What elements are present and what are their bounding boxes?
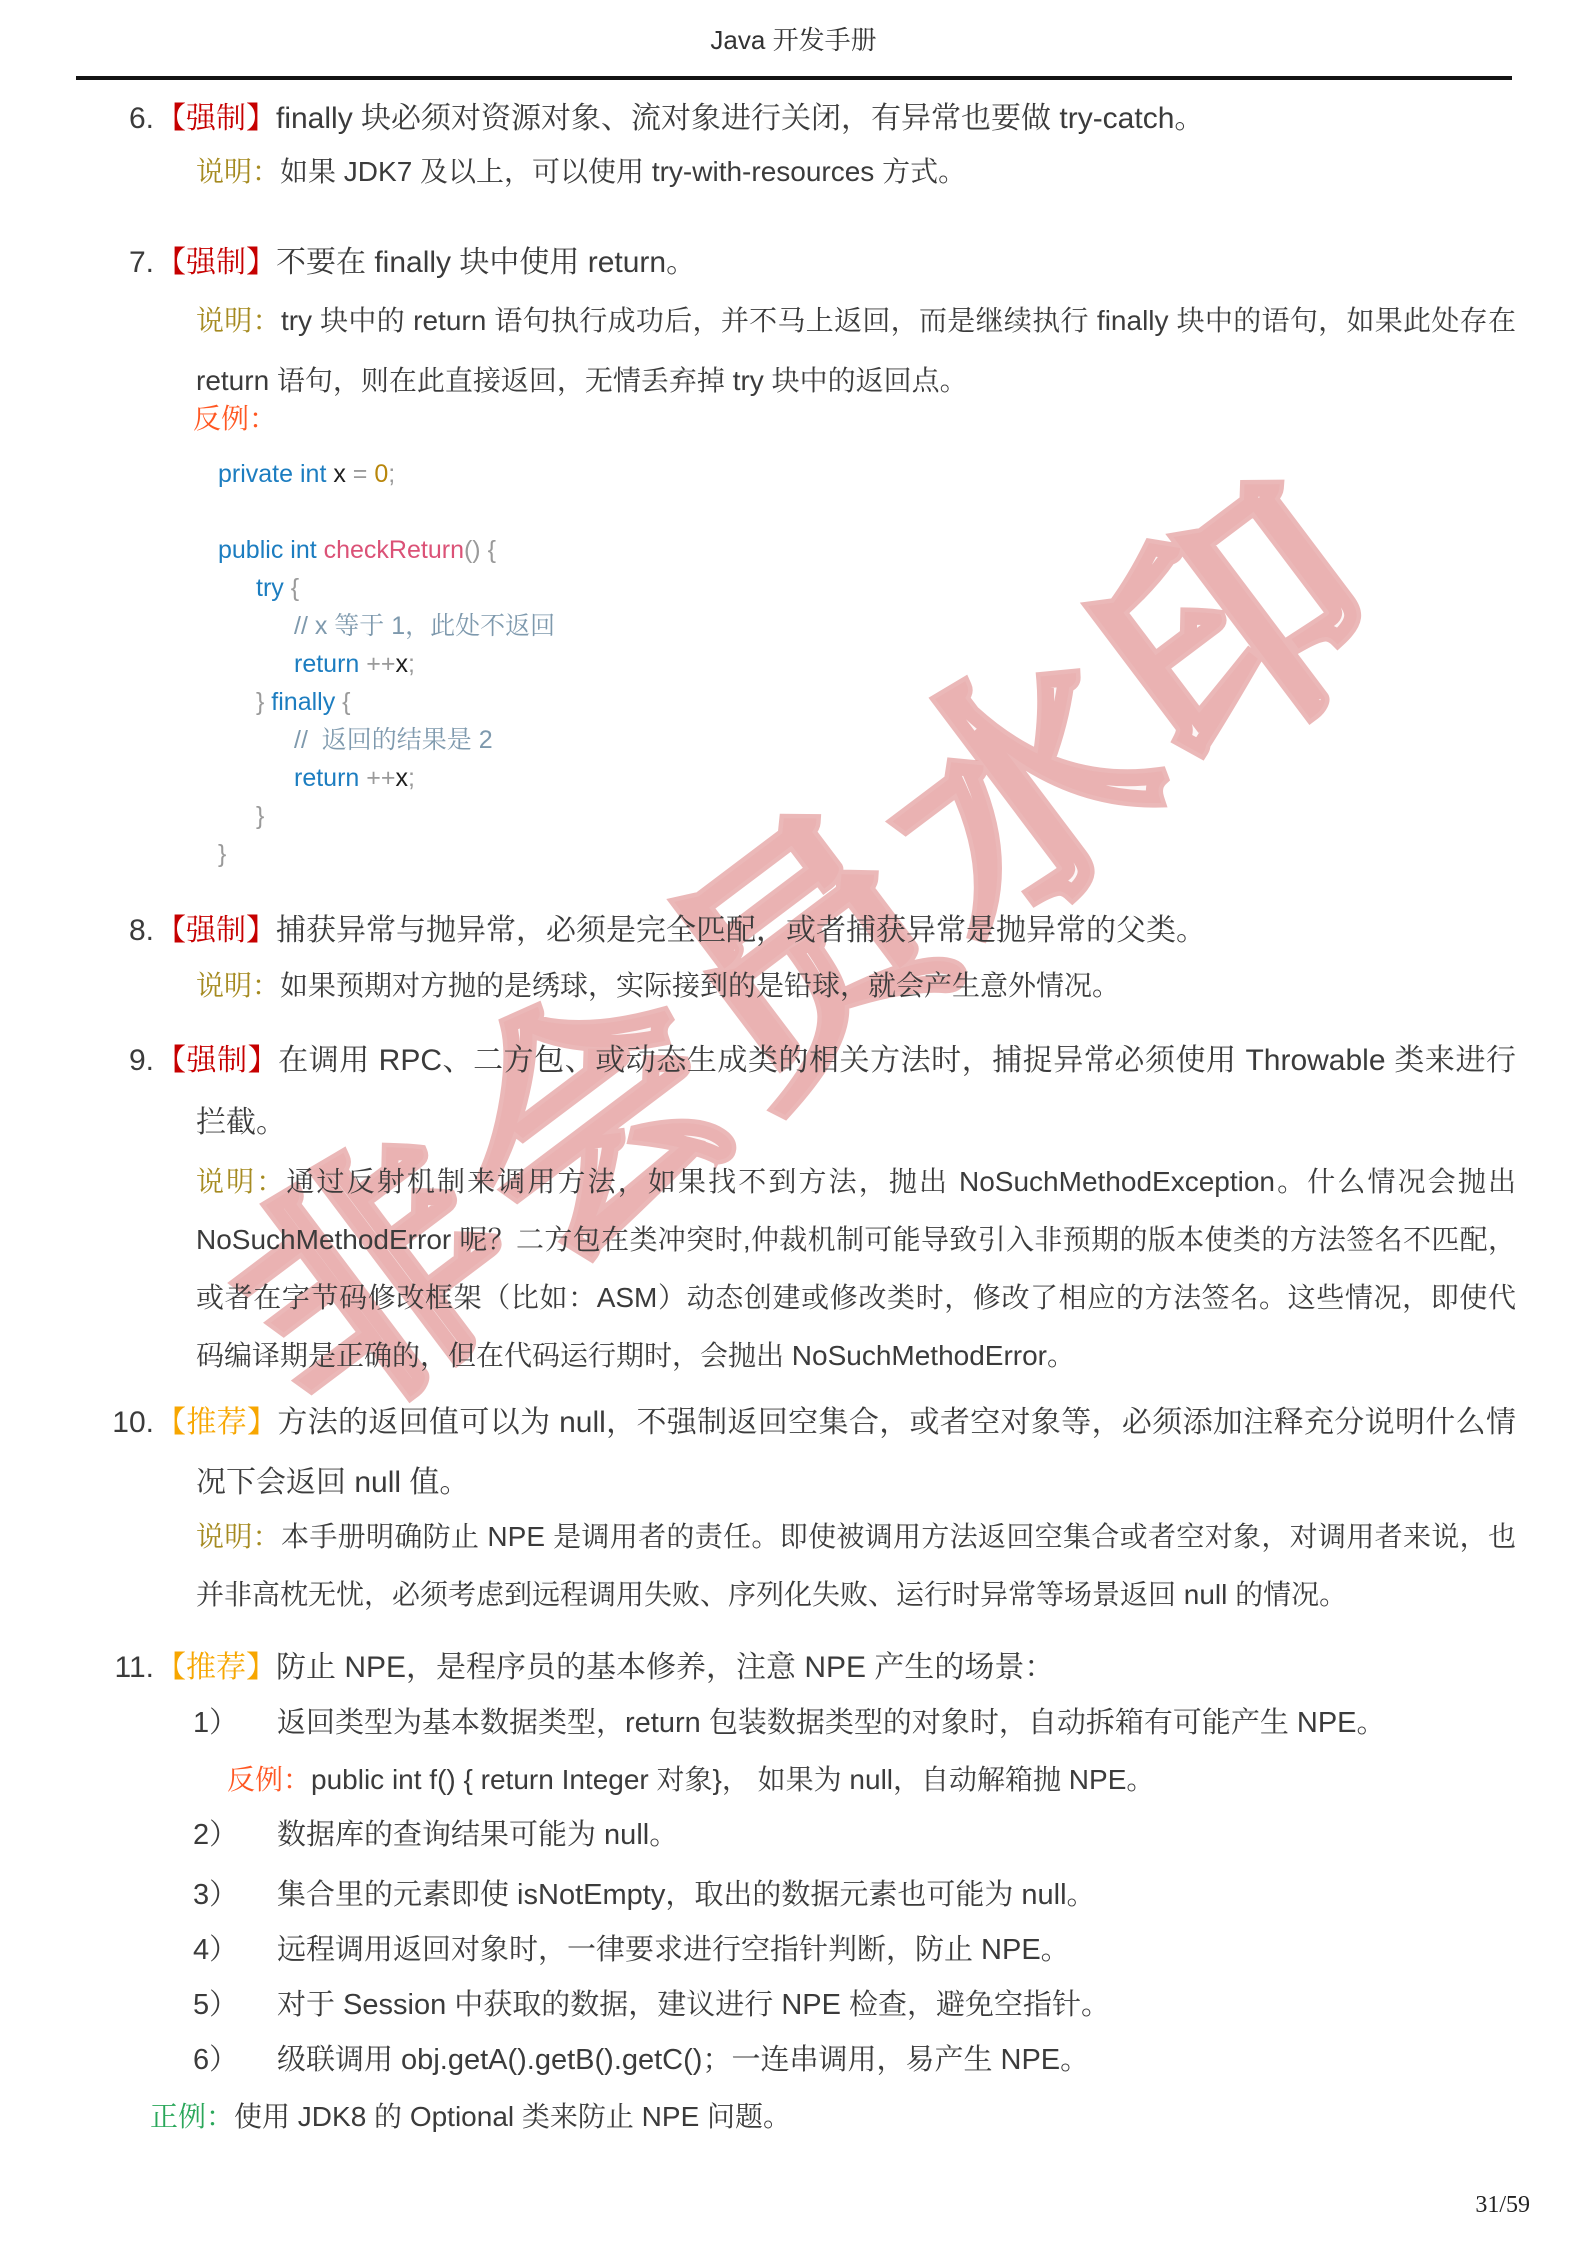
positive-example-text: 使用 JDK8 的 Optional 类来防止 NPE 问题。 [234, 2101, 791, 2132]
item-text: finally 块必须对资源对象、流对象进行关闭，有异常也要做 try-catc… [276, 102, 1204, 135]
severity-tag-mandatory: 【强制】 [156, 102, 276, 135]
item-number: 10. [112, 1393, 154, 1453]
item-number: 7. [129, 232, 154, 294]
code-line: } [218, 797, 1458, 835]
counter-example-label: 反例： [227, 1764, 311, 1795]
rule-item-7: 7.【强制】不要在 finally 块中使用 return。 [196, 232, 1516, 294]
note-item-8: 说明：如果预期对方抛的是绣球，实际接到的是铅球，就会产生意外情况。 [196, 966, 1516, 1006]
rule-item-10: 10.【推荐】方法的返回值可以为 null，不强制返回空集合，或者空对象等，必须… [196, 1393, 1516, 1513]
note-item-7: 说明：try 块中的 return 语句执行成功后，并不马上返回，而是继续执行 … [196, 291, 1516, 411]
sub-item-number: 6） [193, 2032, 277, 2088]
note-item-6: 说明：如果 JDK7 及以上，可以使用 try-with-resources 方… [196, 152, 1516, 192]
code-line [218, 493, 1458, 531]
sub-item-text: 集合里的元素即使 isNotEmpty，取出的数据元素也可能为 null。 [277, 1867, 1096, 1923]
severity-tag-recommend: 【推荐】 [156, 1406, 277, 1439]
sub-item-counter-example: 反例：public int f() { return Integer 对象}， … [227, 1752, 1517, 1808]
sub-item-1: 1）返回类型为基本数据类型，return 包装数据类型的对象时，自动拆箱有可能产… [193, 1695, 1523, 1751]
item-number: 8. [129, 900, 154, 962]
code-line: // 返回的结果是 2 [218, 721, 1458, 759]
page-number: 31/59 [1475, 2192, 1530, 2219]
sub-item-text: 对于 Session 中获取的数据，建议进行 NPE 检查，避免空指针。 [277, 1977, 1110, 2033]
page-content: Java 开发手册 6.【强制】finally 块必须对资源对象、流对象进行关闭… [0, 0, 1587, 2245]
note-text: try 块中的 return 语句执行成功后，并不马上返回，而是继续执行 fin… [196, 305, 1516, 396]
code-line: // x 等于 1，此处不返回 [218, 607, 1458, 645]
severity-tag-mandatory: 【强制】 [156, 914, 276, 947]
sub-item-text: 级联调用 obj.getA().getB().getC()；一连串调用，易产生 … [277, 2032, 1089, 2088]
counter-example-label: 反例： [193, 403, 277, 434]
code-line: } finally { [218, 683, 1458, 721]
sub-item-6: 6）级联调用 obj.getA().getB().getC()；一连串调用，易产… [193, 2032, 1523, 2088]
code-line: return ++x; [218, 645, 1458, 683]
counter-example-label-7: 反例： [193, 399, 1513, 439]
manual-page: 非会员水印 Java 开发手册 6.【强制】finally 块必须对资源对象、流… [0, 0, 1587, 2245]
note-text: 如果预期对方抛的是绣球，实际接到的是铅球，就会产生意外情况。 [280, 970, 1120, 1001]
item-text: 防止 NPE，是程序员的基本修养，注意 NPE 产生的场景： [276, 1651, 1054, 1684]
note-label: 说明： [196, 1521, 281, 1552]
page-header-title: Java 开发手册 [0, 24, 1587, 56]
header-divider [76, 76, 1512, 80]
item-text: 不要在 finally 块中使用 return。 [276, 246, 696, 279]
code-line: } [218, 835, 1458, 873]
severity-tag-recommend: 【推荐】 [156, 1651, 276, 1684]
rule-item-6: 6.【强制】finally 块必须对资源对象、流对象进行关闭，有异常也要做 tr… [196, 88, 1516, 150]
note-label: 说明： [196, 305, 281, 336]
rule-item-9: 9.【强制】在调用 RPC、二方包、或动态生成类的相关方法时，捕捉异常必须使用 … [196, 1030, 1516, 1154]
note-text: 通过反射机制来调用方法，如果找不到方法，抛出 NoSuchMethodExcep… [196, 1166, 1516, 1371]
note-text: 本手册明确防止 NPE 是调用者的责任。即使被调用方法返回空集合或者空对象，对调… [196, 1521, 1516, 1610]
sub-item-text: 远程调用返回对象时，一律要求进行空指针判断，防止 NPE。 [277, 1922, 1070, 1978]
code-line: return ++x; [218, 759, 1458, 797]
sub-item-number: 3） [193, 1867, 277, 1923]
note-label: 说明： [196, 156, 280, 187]
sub-item-4: 4）远程调用返回对象时，一律要求进行空指针判断，防止 NPE。 [193, 1922, 1523, 1978]
rule-item-11: 11.【推荐】防止 NPE，是程序员的基本修养，注意 NPE 产生的场景： [196, 1637, 1516, 1699]
rule-item-8: 8.【强制】捕获异常与抛异常，必须是完全匹配，或者捕获异常是抛异常的父类。 [196, 900, 1516, 962]
sub-item-number: 2） [193, 1807, 277, 1863]
item-text: 方法的返回值可以为 null，不强制返回空集合，或者空对象等，必须添加注释充分说… [196, 1406, 1516, 1499]
severity-tag-mandatory: 【强制】 [156, 1044, 278, 1077]
code-line: private int x = 0; [218, 455, 1458, 493]
sub-item-number: 1） [193, 1695, 277, 1751]
item-number: 11. [115, 1637, 154, 1699]
note-text: 如果 JDK7 及以上，可以使用 try-with-resources 方式。 [280, 156, 966, 187]
sub-item-number: 5） [193, 1977, 277, 2033]
item-text: 在调用 RPC、二方包、或动态生成类的相关方法时，捕捉异常必须使用 Throwa… [196, 1044, 1516, 1139]
item-number: 6. [129, 88, 154, 150]
item-text: 捕获异常与抛异常，必须是完全匹配，或者捕获异常是抛异常的父类。 [276, 914, 1206, 947]
item-number: 9. [129, 1030, 154, 1092]
sub-item-3: 3）集合里的元素即使 isNotEmpty，取出的数据元素也可能为 null。 [193, 1867, 1523, 1923]
sub-item-5: 5）对于 Session 中获取的数据，建议进行 NPE 检查，避免空指针。 [193, 1977, 1523, 2033]
counter-example-code: private int x = 0; public int checkRetur… [218, 455, 1458, 873]
sub-item-text: 返回类型为基本数据类型，return 包装数据类型的对象时，自动拆箱有可能产生 … [277, 1695, 1386, 1751]
note-item-9: 说明：通过反射机制来调用方法，如果找不到方法，抛出 NoSuchMethodEx… [196, 1153, 1516, 1385]
sub-item-number: 4） [193, 1922, 277, 1978]
counter-example-text: public int f() { return Integer 对象}， 如果为… [311, 1764, 1154, 1795]
note-label: 说明： [196, 970, 280, 1001]
note-item-10: 说明：本手册明确防止 NPE 是调用者的责任。即使被调用方法返回空集合或者空对象… [196, 1508, 1516, 1624]
code-line: public int checkReturn() { [218, 531, 1458, 569]
severity-tag-mandatory: 【强制】 [156, 246, 276, 279]
note-label: 说明： [196, 1166, 286, 1197]
sub-item-2: 2）数据库的查询结果可能为 null。 [193, 1807, 1523, 1863]
positive-example-label: 正例： [150, 2101, 234, 2132]
sub-item-text: 数据库的查询结果可能为 null。 [277, 1807, 678, 1863]
positive-example: 正例：使用 JDK8 的 Optional 类来防止 NPE 问题。 [150, 2089, 1510, 2145]
code-line: try { [218, 569, 1458, 607]
